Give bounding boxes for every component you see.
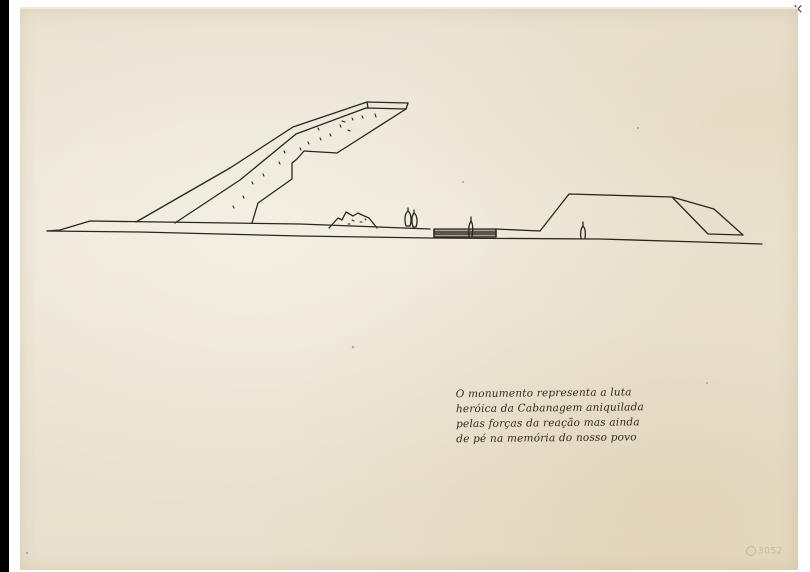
human-figure [581, 222, 586, 238]
monument-tower [136, 102, 408, 223]
handwritten-caption: O monumento representa a luta heróica da… [456, 385, 687, 447]
stamp-circle-icon [746, 546, 756, 556]
caption-line-4: de pé na memória do nosso povo [456, 430, 686, 447]
central-platform [434, 217, 496, 237]
ground-lines [47, 221, 762, 244]
stamp-number: 3052 [758, 547, 783, 557]
archive-stamp: 3052 [746, 546, 783, 557]
image-viewer: × [0, 0, 810, 572]
right-mound [540, 194, 743, 235]
human-figures-group [405, 208, 417, 227]
monument-sketch [0, 0, 810, 572]
